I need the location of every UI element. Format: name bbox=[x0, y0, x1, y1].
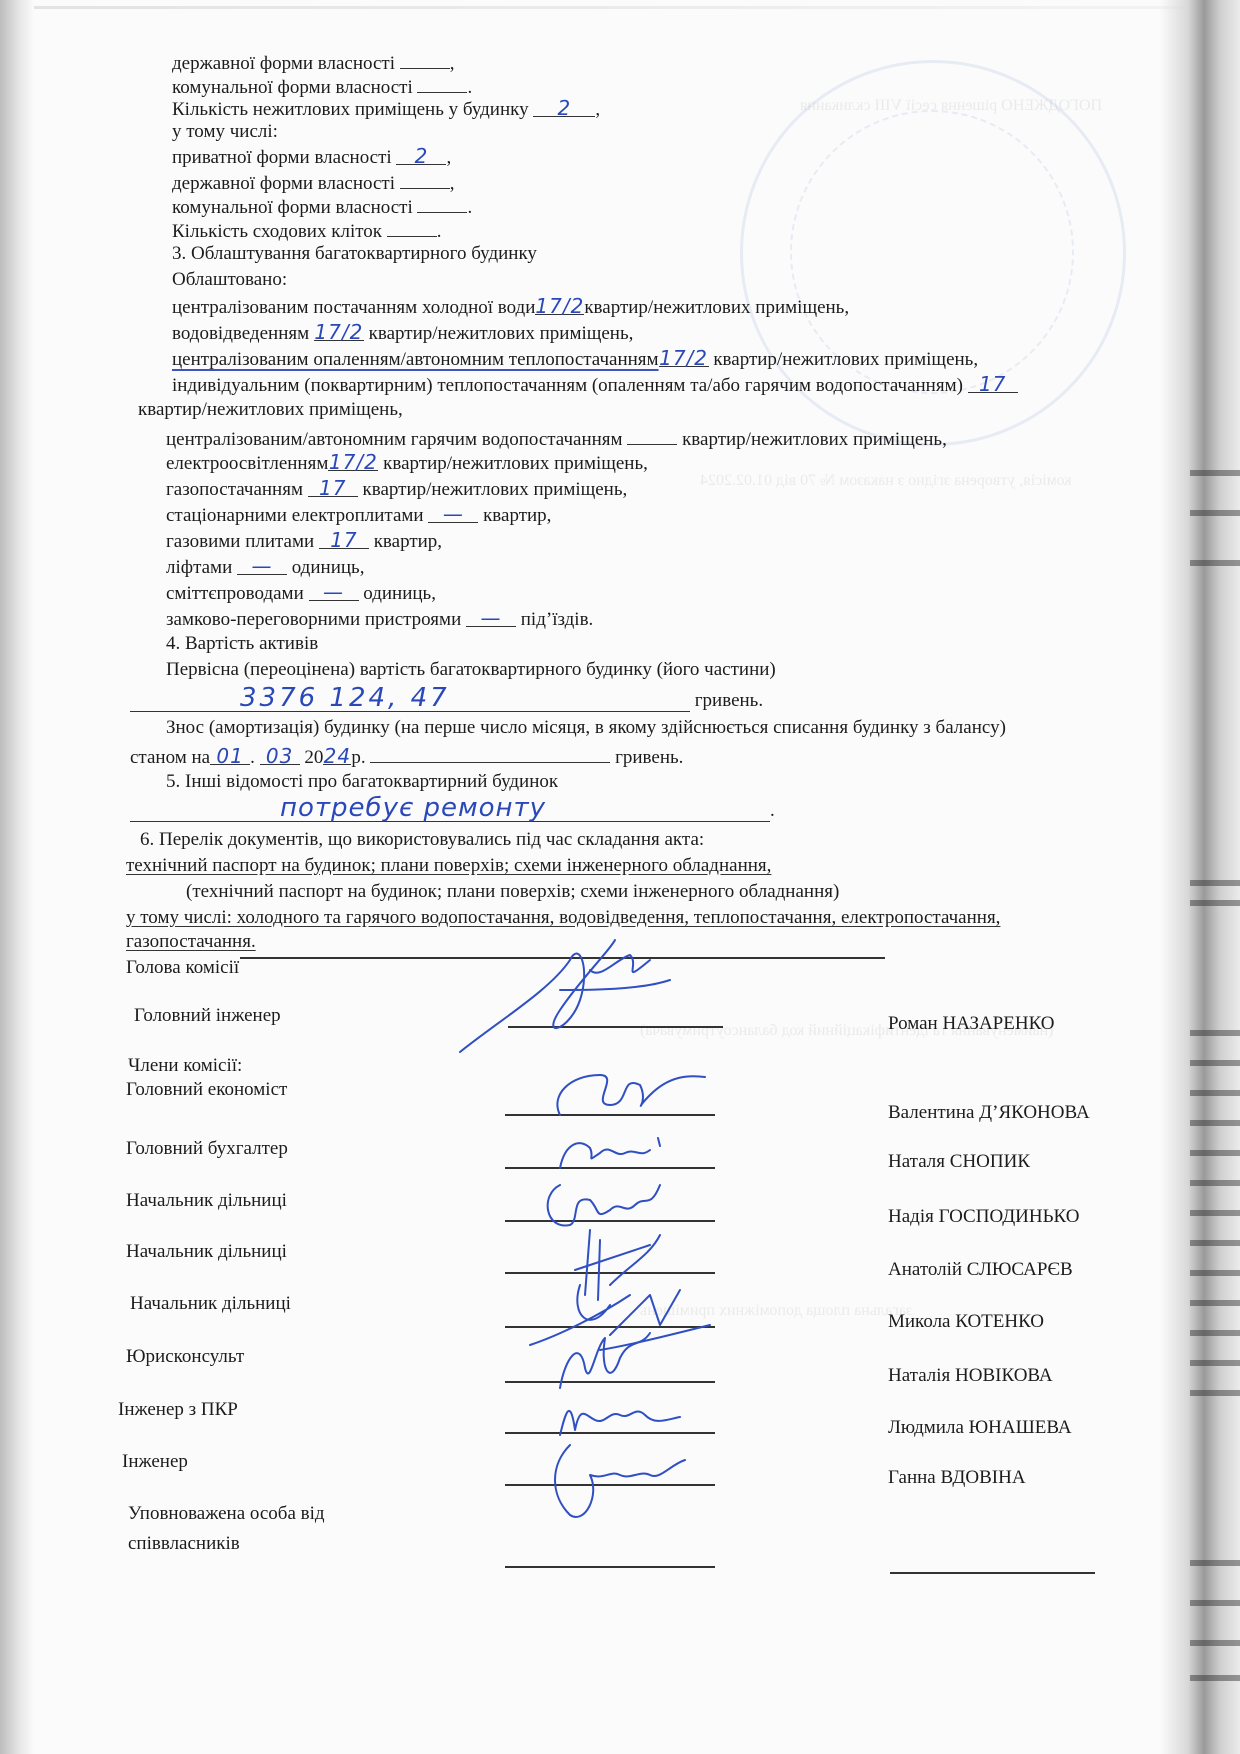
initial-value-label: Первісна (переоцінена) вартість багатокв… bbox=[166, 658, 776, 682]
as-of-day-field[interactable]: 01 bbox=[210, 744, 250, 765]
individual-heating-suffix: квартир/нежитлових приміщень, bbox=[138, 398, 403, 422]
central-heating-field[interactable]: 17/2 bbox=[659, 346, 709, 367]
member-name: Валентина Д’ЯКОНОВА bbox=[888, 1101, 1090, 1125]
signature-icon bbox=[540, 1065, 710, 1135]
member-position: Головний бухгалтер bbox=[126, 1137, 288, 1161]
commission-head-position: Головний інженер bbox=[134, 1004, 281, 1028]
nonresidential-count-row: Кількість нежитлових приміщень у будинку… bbox=[172, 96, 600, 122]
member-name: Наталія НОВІКОВА bbox=[888, 1364, 1053, 1388]
garbage-chutes-row: сміттєпроводами — одиниць, bbox=[166, 580, 436, 606]
section-5-heading: 5. Інші відомості про багатоквартирний б… bbox=[166, 770, 558, 794]
section-4-heading: 4. Вартість активів bbox=[166, 632, 318, 656]
reverse-page-bleed: ПОГОДЖЕНО рішення сесії VIII скликання bbox=[800, 95, 1102, 117]
signature-line-coowners bbox=[505, 1566, 715, 1568]
commission-head-label: Голова комісії bbox=[126, 956, 239, 980]
state-ownership-field[interactable] bbox=[400, 48, 450, 69]
private-ownership-row: приватної форми власності 2, bbox=[172, 144, 451, 170]
nonresidential-count-field[interactable]: 2 bbox=[533, 96, 595, 117]
documents-hint: (технічний паспорт на будинок; плани пов… bbox=[186, 880, 839, 904]
member-name: Людмила ЮНАШЕВА bbox=[888, 1416, 1072, 1440]
communal-ownership-field-2[interactable] bbox=[417, 192, 467, 213]
member-position: Начальник дільниці bbox=[130, 1292, 291, 1316]
member-name: Ганна ВДОВІНА bbox=[888, 1466, 1026, 1490]
member-name: Наталя СНОПИК bbox=[888, 1150, 1030, 1174]
sewerage-field[interactable]: 17/2 bbox=[314, 320, 364, 341]
coowners-label-2: співвласників bbox=[128, 1532, 240, 1556]
depreciation-label: Знос (амортизація) будинку (на перше чис… bbox=[166, 716, 1006, 740]
intercoms-row: замково-переговорними пристроями — під’ї… bbox=[166, 606, 593, 632]
state-ownership-field-2[interactable] bbox=[400, 168, 450, 189]
scan-shadow-left bbox=[0, 0, 34, 1754]
member-position: Інженер bbox=[122, 1450, 188, 1474]
other-info-field[interactable]: потребує ремонту bbox=[130, 796, 770, 822]
equipped-label: Облаштовано: bbox=[172, 268, 287, 292]
cold-water-row: централізованим постачанням холодної вод… bbox=[172, 294, 849, 320]
garbage-chutes-field[interactable]: — bbox=[309, 580, 359, 601]
signature-head-icon bbox=[440, 930, 680, 1060]
documents-value: технічний паспорт на будинок; плани пове… bbox=[126, 854, 771, 878]
stairwells-row: Кількість сходових кліток . bbox=[172, 216, 442, 244]
section-6-heading: 6. Перелік документів, що використовувал… bbox=[140, 828, 704, 852]
as-of-row: станом на01. 03 2024р. гривень. bbox=[130, 742, 683, 770]
electric-stoves-field[interactable]: — bbox=[428, 502, 478, 523]
including-label: у тому числі: bbox=[172, 120, 278, 144]
as-of-month-field[interactable]: 03 bbox=[260, 744, 300, 765]
coowners-name-field[interactable] bbox=[890, 1572, 1095, 1574]
hot-water-field[interactable] bbox=[627, 424, 677, 445]
reverse-page-bleed: комісія, утворена згідно з наказом № 70 … bbox=[700, 470, 1071, 492]
commission-members-label: Члени комісії: bbox=[128, 1054, 242, 1078]
as-of-year-field[interactable]: 24 bbox=[323, 744, 351, 765]
cold-water-field[interactable]: 17/2 bbox=[535, 294, 584, 315]
electric-lighting-row: електроосвітленням17/2 квартир/нежитлови… bbox=[166, 450, 648, 476]
individual-heating-row: індивідуальним (поквартирним) теплопоста… bbox=[172, 372, 1018, 398]
documents-last: газопостачання. bbox=[126, 930, 256, 954]
other-info-row: потребує ремонту. bbox=[130, 796, 775, 823]
adjacent-page-text bbox=[1190, 0, 1240, 1754]
initial-value-row: 3376 124, 47 гривень. bbox=[130, 686, 763, 713]
documents-including: у тому числі: холодного та гарячого водо… bbox=[126, 906, 1000, 930]
electric-stoves-row: стаціонарними електроплитами — квартир, bbox=[166, 502, 551, 528]
commission-head-name: Роман НАЗАРЕНКО bbox=[888, 1012, 1055, 1036]
private-ownership-field[interactable]: 2 bbox=[396, 144, 446, 165]
hot-water-row: централізованим/автономним гарячим водоп… bbox=[166, 424, 947, 452]
sewerage-row: водовідведенням 17/2 квартир/нежитлових … bbox=[172, 320, 633, 346]
individual-heating-field[interactable]: 17 bbox=[968, 372, 1018, 393]
signature-icon bbox=[530, 1435, 690, 1525]
central-heating-row: централізованим опаленням/автономним теп… bbox=[172, 346, 978, 372]
elevators-row: ліфтами — одиниць, bbox=[166, 554, 364, 580]
member-name: Надія ГОСПОДИНЬКО bbox=[888, 1205, 1079, 1229]
intercoms-field[interactable]: — bbox=[466, 606, 516, 627]
depreciation-value-field[interactable] bbox=[370, 742, 610, 763]
member-position: Юрисконсульт bbox=[126, 1345, 244, 1369]
initial-value-field[interactable]: 3376 124, 47 bbox=[130, 686, 690, 712]
coowners-label-1: Уповноважена особа від bbox=[128, 1502, 325, 1526]
gas-stoves-row: газовими плитами 17 квартир, bbox=[166, 528, 442, 554]
member-position: Головний економіст bbox=[126, 1078, 287, 1102]
gas-supply-row: газопостачанням 17 квартир/нежитлових пр… bbox=[166, 476, 627, 502]
stairwells-field[interactable] bbox=[387, 216, 437, 237]
member-position: Начальник дільниці bbox=[126, 1189, 287, 1213]
member-position: Інженер з ПКР bbox=[118, 1398, 238, 1422]
member-name: Микола КОТЕНКО bbox=[888, 1310, 1044, 1334]
member-position: Начальник дільниці bbox=[126, 1240, 287, 1264]
gas-supply-field[interactable]: 17 bbox=[308, 476, 358, 497]
gas-stoves-field[interactable]: 17 bbox=[319, 528, 369, 549]
member-name: Анатолій СЛЮСАРЄВ bbox=[888, 1258, 1073, 1282]
signature-icon bbox=[540, 1128, 680, 1178]
scan-edge-top bbox=[34, 6, 1184, 9]
section-3-heading: 3. Облаштування багатоквартирного будинк… bbox=[172, 242, 537, 266]
electric-lighting-field[interactable]: 17/2 bbox=[328, 450, 378, 471]
elevators-field[interactable]: — bbox=[237, 554, 287, 575]
communal-ownership-field[interactable] bbox=[417, 72, 467, 93]
